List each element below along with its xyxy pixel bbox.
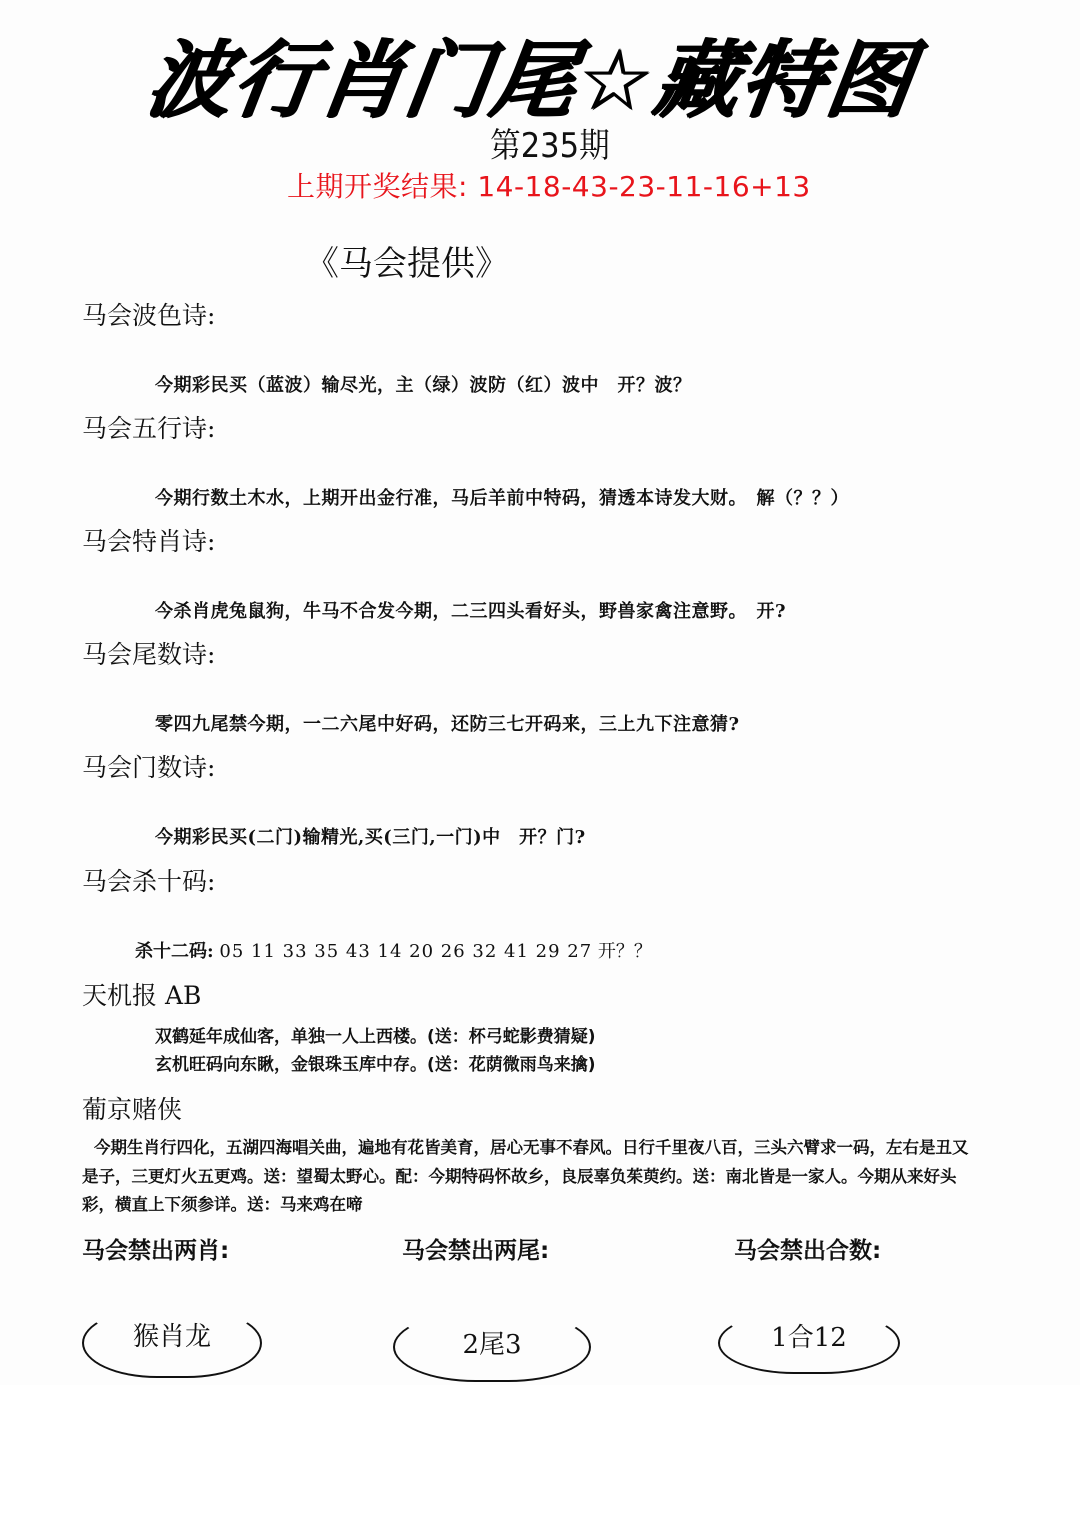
kill-heading: 马会杀十码: (82, 862, 215, 898)
ban-zodiac-oval: 猴肖龙 (82, 1308, 262, 1378)
ban-sum-heading: 马会禁出合数: (734, 1232, 881, 1265)
issue-number: 第235期 (54, 118, 1026, 167)
last-result-numbers: 14-18-43-23-11-16+13 (477, 170, 810, 203)
ban-zodiac-value: 猴肖龙 (133, 1316, 211, 1353)
tianji-line: 双鹤延年成仙客，单独一人上西楼。(送：杯弓蛇影费猜疑) (155, 1022, 596, 1047)
tail-heading: 马会尾数诗: (82, 635, 215, 671)
star-icon: ☆ (571, 30, 662, 130)
title-char: 特 (734, 30, 834, 130)
five-elements-heading: 马会五行诗: (82, 409, 215, 445)
title-char: 行 (227, 30, 327, 130)
ban-sum-oval: 1合12 (718, 1312, 900, 1374)
wave-heading: 马会波色诗: (82, 296, 215, 332)
title-char: 肖 (313, 30, 413, 130)
ban-tail-value: 2尾3 (462, 1324, 521, 1361)
title-char: 门 (399, 30, 499, 130)
kill-numbers-line: 杀十二码: 05 11 33 35 43 14 20 26 32 41 29 2… (135, 937, 652, 963)
tail-poem: 零四九尾禁今期，一二六尾中好码，还防三七开码来，三上九下注意猜? (155, 710, 740, 736)
title-char: 图 (820, 30, 920, 130)
last-result-label: 上期开奖结果: (287, 170, 468, 203)
ban-zodiac-heading: 马会禁出两肖: (82, 1232, 229, 1265)
title-char: 藏 (648, 30, 748, 130)
wave-poem: 今期彩民买（蓝波）输尽光，主（绿）波防（红）波中 开？波？ (155, 371, 692, 397)
ban-tail-heading: 马会禁出两尾: (402, 1232, 549, 1265)
kill-label: 杀十二码: (135, 941, 214, 962)
five-elements-poem: 今期行数土木水，上期开出金行准，马后羊前中特码，猜透本诗发大财。 解（？？） (155, 484, 849, 510)
main-title: 波 行 肖 门 尾 ☆ 藏 特 图 (141, 30, 895, 130)
flyer-page: 波 行 肖 门 尾 ☆ 藏 特 图 第235期 上期开奖结果: 14-18-43… (0, 0, 1080, 1385)
ban-tail-oval: 2尾3 (393, 1312, 591, 1382)
blank-footer (0, 1385, 1080, 1527)
title-char: 尾 (485, 30, 585, 130)
provider-label: 《马会提供》 (305, 236, 509, 285)
title-char: 波 (141, 30, 241, 130)
pujing-text: 今期生肖行四化，五湖四海唱关曲，遍地有花皆美育，居心无事不春风。日行千里夜八百，… (82, 1134, 972, 1220)
ban-sum-value: 1合12 (771, 1317, 847, 1354)
kill-numbers: 05 11 33 35 43 14 20 26 32 41 29 27 (219, 941, 592, 962)
tianji-heading: 天机报 AB (82, 976, 201, 1012)
zodiac-heading: 马会特肖诗: (82, 522, 215, 558)
door-heading: 马会门数诗: (82, 748, 215, 784)
last-result: 上期开奖结果: 14-18-43-23-11-16+13 (287, 165, 811, 205)
tianji-line: 玄机旺码向东瞅，金银珠玉库中存。(送：花荫微雨鸟来擒) (155, 1050, 596, 1075)
door-poem: 今期彩民买(二门)输精光,买(三门,一门)中 开？门? (155, 823, 586, 849)
zodiac-poem: 今杀肖虎兔鼠狗，牛马不合发今期，二三四头看好头，野兽家禽注意野。 开? (155, 597, 786, 623)
kill-suffix: 开？？ (598, 941, 652, 962)
pujing-heading: 葡京赌侠 (82, 1090, 182, 1126)
